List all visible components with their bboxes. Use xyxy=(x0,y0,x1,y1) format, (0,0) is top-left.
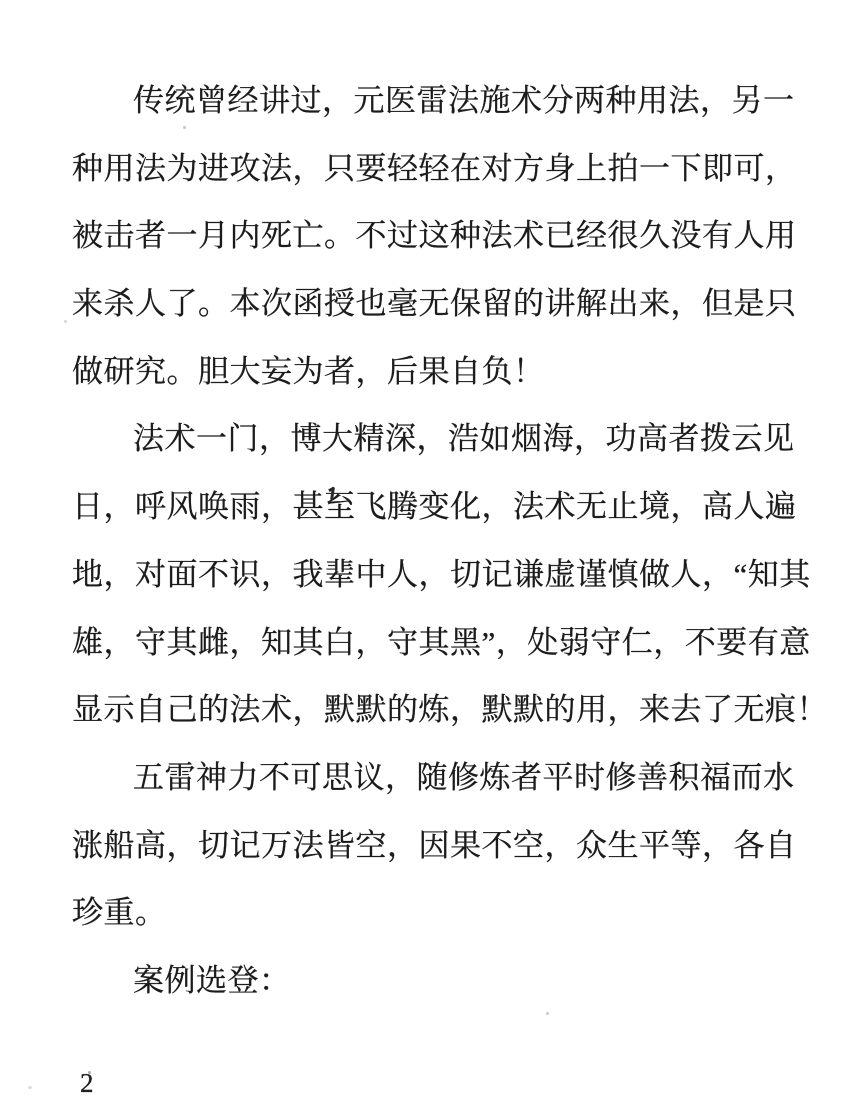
text-line-9: 雄，守其雌，知其白，守其黑”，处弱守仁，不要有意 xyxy=(72,609,794,677)
text-line-3: 被击者一月内死亡。不过这种法术已经很久没有人用 xyxy=(72,202,794,270)
scan-speck xyxy=(546,1012,549,1015)
scan-speck xyxy=(28,1086,32,1089)
text-line-14: 案例选登： xyxy=(72,947,794,1015)
body-text: 传统曾经讲过，元医雷法施术分两种用法，另一 种用法为进攻法，只要轻轻在对方身上拍… xyxy=(72,67,794,1015)
text-line-4: 来杀人了。本次函授也毫无保留的讲解出来，但是只 xyxy=(72,270,794,338)
scan-speck xyxy=(183,126,186,129)
text-line-2: 种用法为进攻法，只要轻轻在对方身上拍一下即可， xyxy=(72,135,794,203)
text-line-6: 法术一门，博大精深，浩如烟海，功高者拨云见 xyxy=(72,405,794,473)
text-line-5: 做研究。胆大妄为者，后果自负！ xyxy=(72,338,794,406)
scan-speck xyxy=(64,320,67,323)
text-line-1: 传统曾经讲过，元医雷法施术分两种用法，另一 xyxy=(72,67,794,135)
page-number: 2 xyxy=(80,1068,94,1099)
scanned-page: 传统曾经讲过，元医雷法施术分两种用法，另一 种用法为进攻法，只要轻轻在对方身上拍… xyxy=(0,0,854,1116)
text-line-7: 日，呼风唤雨，甚至飞腾变化，法术无止境，高人遍 xyxy=(72,473,794,541)
text-line-10: 显示自己的法术，默默的炼，默默的用，来去了无痕！ xyxy=(72,676,794,744)
text-line-11: 五雷神力不可思议，随修炼者平时修善积福而水 xyxy=(72,744,794,812)
text-line-13: 珍重。 xyxy=(72,879,794,947)
text-line-8: 地，对面不识，我辈中人，切记谦虚谨慎做人，“知其 xyxy=(72,541,794,609)
text-line-12: 涨船高，切记万法皆空，因果不空，众生平等，各自 xyxy=(72,812,794,880)
